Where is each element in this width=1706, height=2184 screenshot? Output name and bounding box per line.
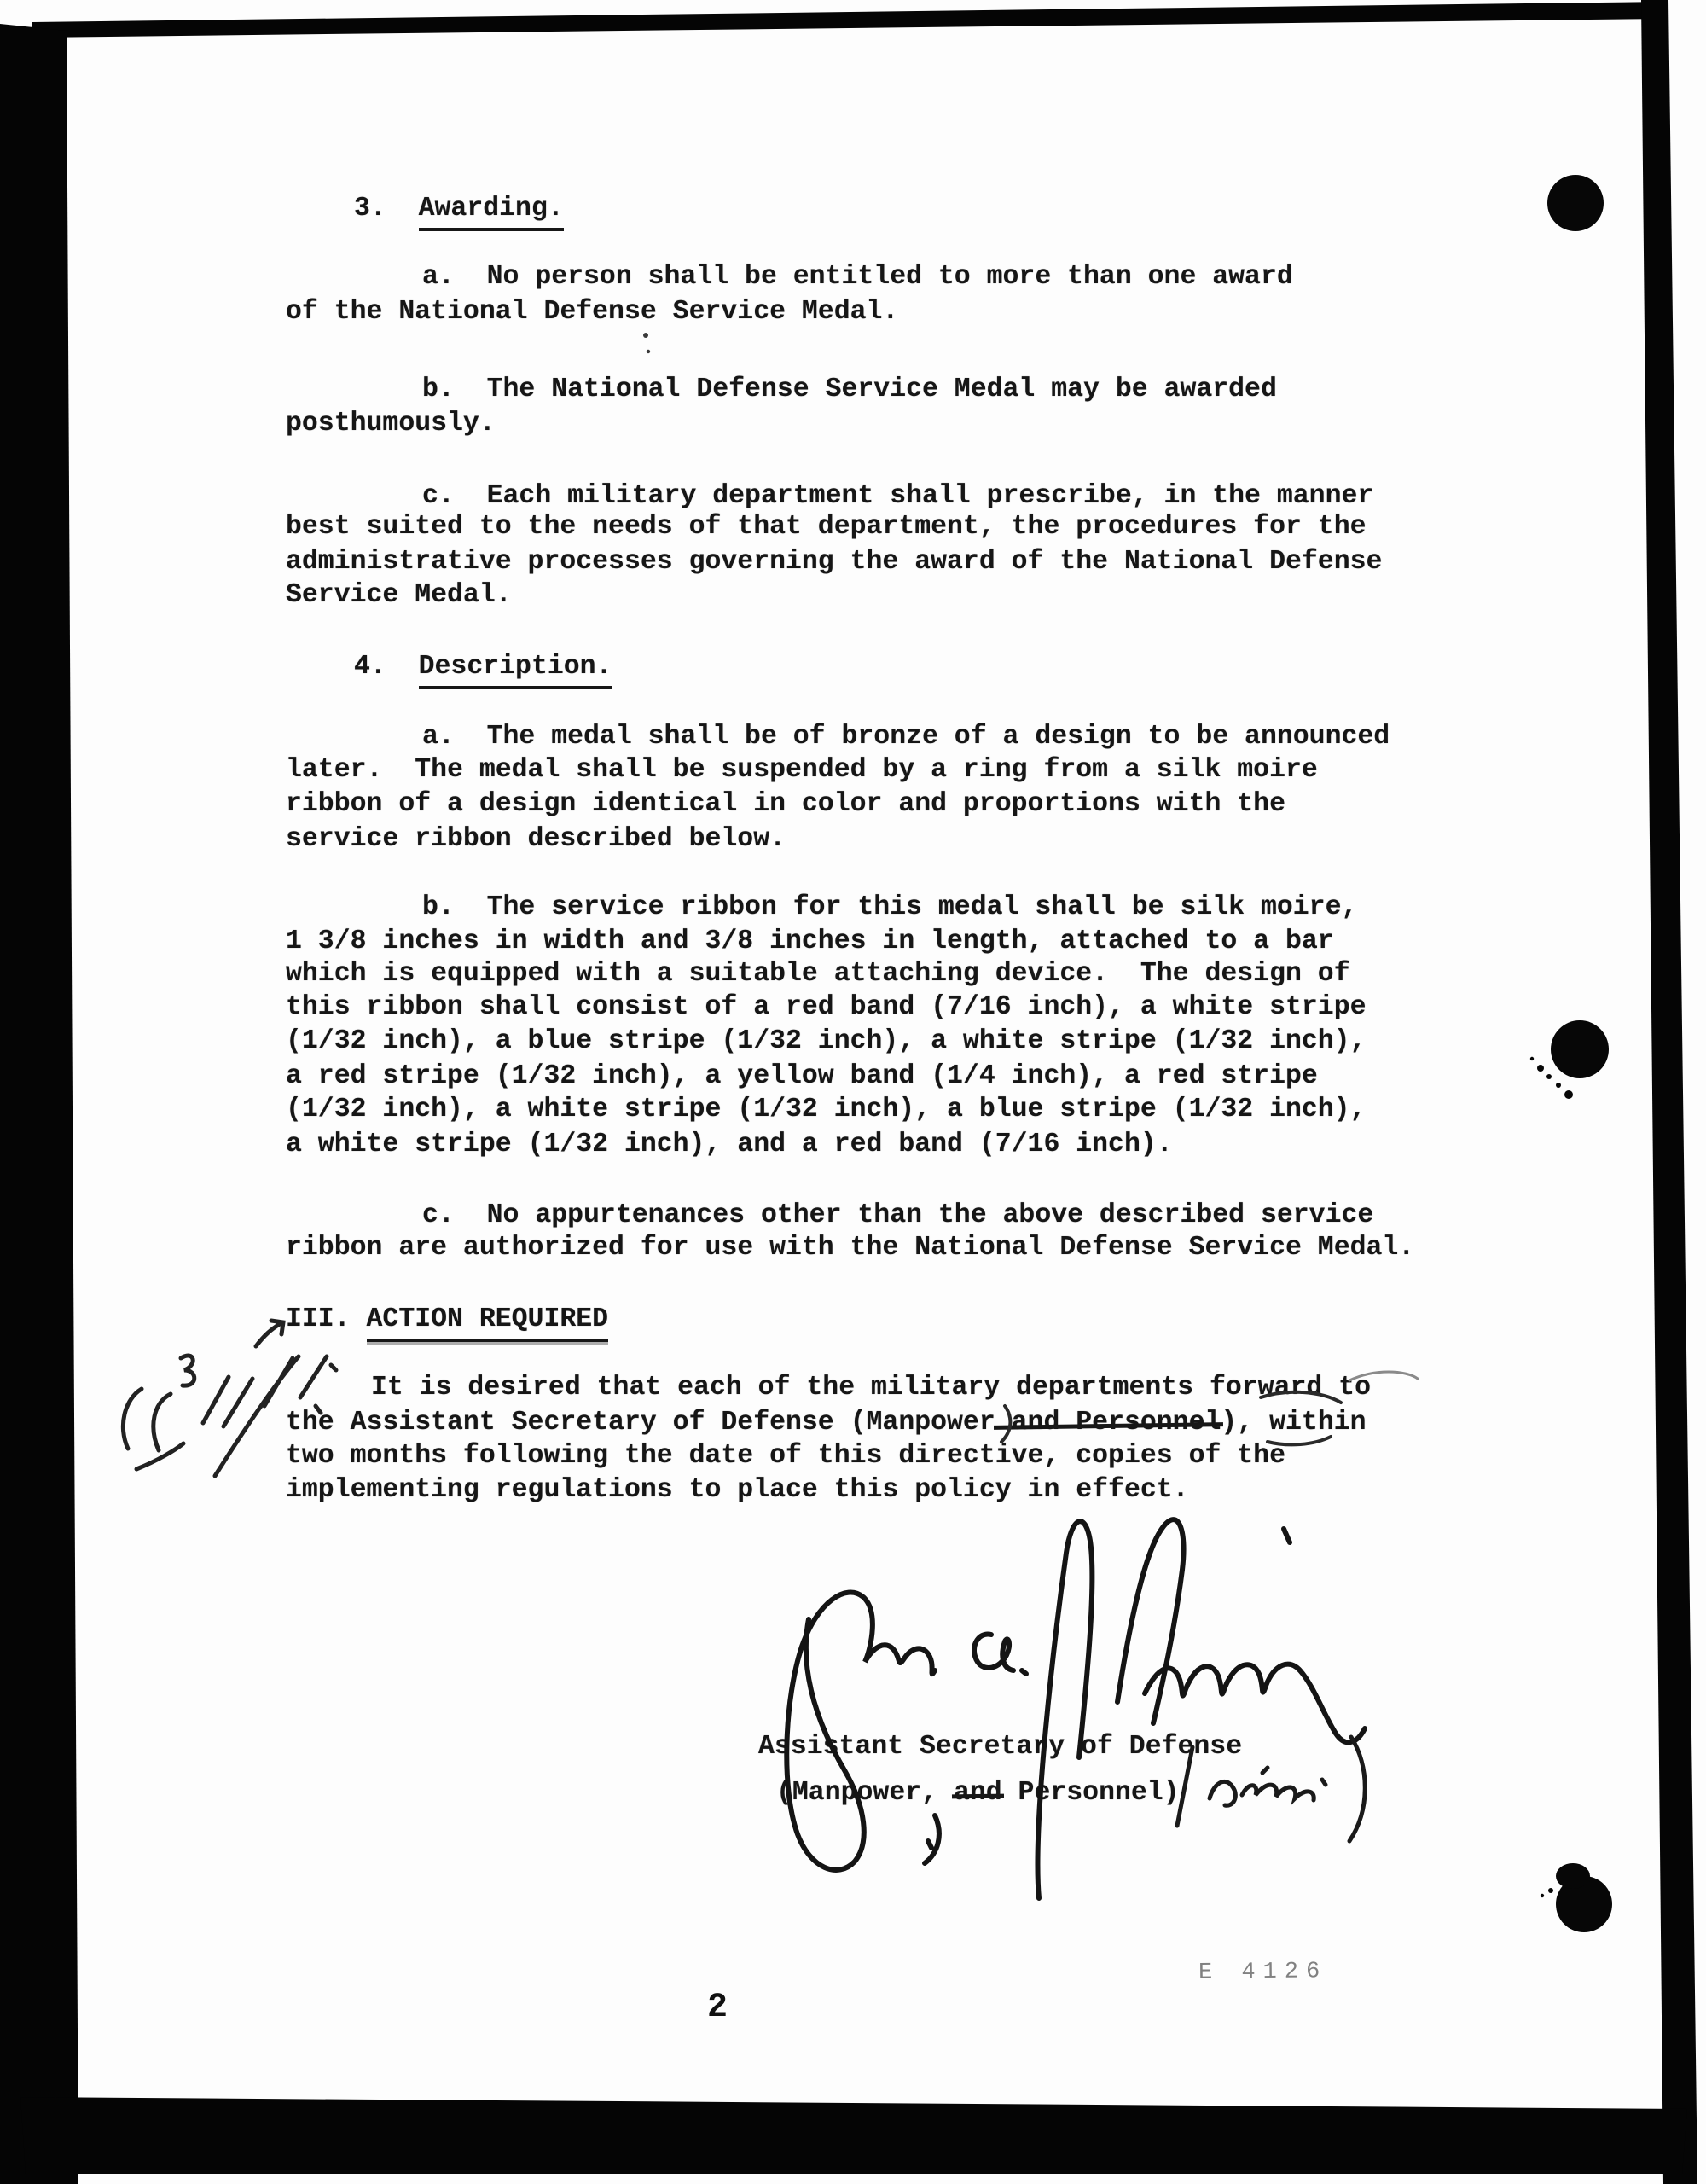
typed-line: best suited to the needs of that departm… (286, 510, 1367, 544)
typed-line: (1/32 inch), a white stripe (1/32 inch),… (286, 1093, 1367, 1127)
typed-line: posthumously. (286, 407, 496, 441)
reference-stamp: E 4126 (1198, 1957, 1328, 1988)
typed-line: a white stripe (1/32 inch), and a red ba… (286, 1128, 1173, 1162)
typed-line: c. Each military department shall prescr… (422, 479, 1373, 514)
typed-line: later. The medal shall be suspended by a… (286, 753, 1318, 787)
typed-line: which is equipped with a suitable attach… (286, 957, 1350, 991)
section-III-heading: III. ACTION REQUIRED (286, 1303, 608, 1342)
typed-line: a. The medal shall be of bronze of a des… (422, 720, 1390, 754)
typed-line: (1/32 inch), a blue stripe (1/32 inch), … (286, 1025, 1367, 1059)
edited-line: the Assistant Secretary of Defense (Manp… (286, 1406, 1367, 1440)
typed-line: b. The service ribbon for this medal sha… (422, 891, 1357, 925)
typed-line: service ribbon described below. (286, 822, 786, 857)
typed-line: of the National Defense Service Medal. (286, 295, 898, 329)
typed-line: 1 3/8 inches in width and 3/8 inches in … (286, 925, 1334, 959)
typed-line: two months following the date of this di… (286, 1439, 1285, 1473)
typed-line: administrative processes governing the a… (286, 545, 1382, 579)
typed-line: b. The National Defense Service Medal ma… (422, 373, 1277, 407)
section-4-heading: 4. Description. (354, 650, 612, 689)
typed-line: a. No person shall be entitled to more t… (422, 260, 1293, 294)
signature-title-line: Assistant Secretary of Defense (758, 1730, 1242, 1764)
typed-line: implementing regulations to place this p… (286, 1473, 1189, 1507)
page-number: 2 (707, 1989, 728, 2027)
typed-line: a red stripe (1/32 inch), a yellow band … (286, 1060, 1318, 1094)
typed-text-layer: 3. Awarding.a. No person shall be entitl… (0, 0, 1706, 2184)
typed-line: It is desired that each of the military … (371, 1371, 1371, 1405)
signature-office-line: (Manpower, and Personnel) (776, 1776, 1180, 1810)
scanned-document-page: 3. Awarding.a. No person shall be entitl… (0, 0, 1706, 2184)
typed-line: ribbon are authorized for use with the N… (286, 1231, 1414, 1265)
typed-line: Service Medal. (286, 578, 512, 613)
section-3-heading: 3. Awarding. (354, 192, 564, 231)
typed-line: c. No appurtenances other than the above… (422, 1199, 1373, 1233)
typed-line: this ribbon shall consist of a red band … (286, 990, 1367, 1025)
typed-line: ribbon of a design identical in color an… (286, 787, 1285, 822)
